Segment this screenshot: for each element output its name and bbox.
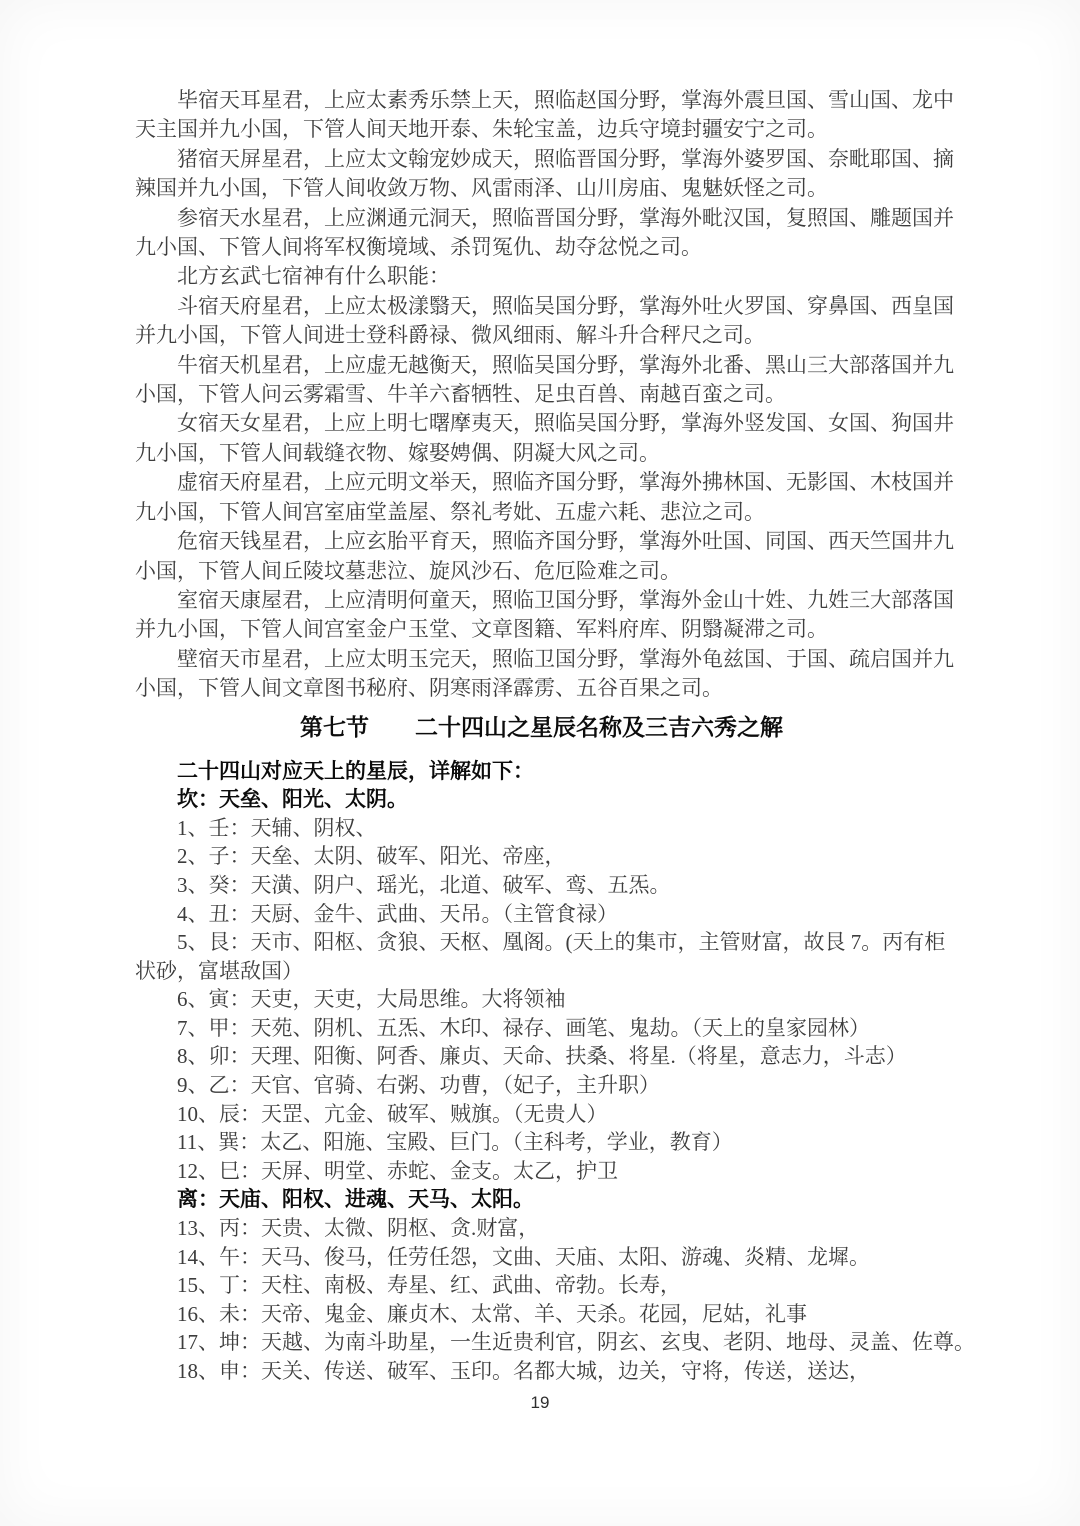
text-line: 小国，下管人间丘陵坟墓悲泣、旋风沙石、危厄险难之司。 <box>135 557 948 586</box>
document-page: 毕宿天耳星君，上应太素秀乐禁上天，照临赵国分野，掌海外震旦国、雪山国、龙中天主国… <box>0 0 1080 1526</box>
text-line: 16、未：天帝、鬼金、廉贞木、太常、羊、天杀。花园，尼姑，礼事 <box>135 1300 948 1329</box>
text-line: 3、癸：天潢、阴户、瑶光，北道、破军、鸾、五炁。 <box>135 871 948 900</box>
text-line: 九小国，下管人间宫室庙堂盖屋、祭礼考妣、五虚六耗、悲泣之司。 <box>135 498 948 527</box>
text-line: 11、巽：太乙、阳施、宝殿、巨门。（主科考，学业，教育） <box>135 1128 948 1157</box>
text-line: 虚宿天府星君，上应元明文举天，照临齐国分野，掌海外拂林国、无影国、木枝国并 <box>135 468 948 497</box>
text-line: 室宿天康屋君，上应清明何童天，照临卫国分野，掌海外金山十姓、九姓三大部落国 <box>135 586 948 615</box>
text-line: 坎：天垒、阳光、太阴。 <box>135 785 948 814</box>
text-line: 17、坤：天越、为南斗助星，一生近贵利官，阴玄、玄曳、老阴、地母、灵盖、佐尊。 <box>135 1328 948 1357</box>
text-line: 二十四山对应天上的星辰，详解如下： <box>135 757 948 786</box>
text-line: 九小国、下管人间将军权衡境域、杀罚冤仇、劫夺忿悦之司。 <box>135 233 948 262</box>
text-line: 离：天庙、阳权、进魂、天马、太阳。 <box>135 1185 948 1214</box>
text-line: 参宿天水星君，上应渊通元洞天，照临晋国分野，掌海外毗汉国，复照国、雕题国并 <box>135 204 948 233</box>
text-line: 8、卯：天理、阳衡、阿香、廉贞、天命、扶桑、将星.（将星，意志力，斗志） <box>135 1042 948 1071</box>
text-line: 13、丙：天贵、太微、阴枢、贪.财富， <box>135 1214 948 1243</box>
text-line: 4、丑：天厨、金牛、武曲、天吊。（主管食禄） <box>135 900 948 929</box>
text-line: 女宿天女星君，上应上明七曙摩夷天，照临吴国分野，掌海外竖发国、女国、狗国井 <box>135 409 948 438</box>
text-line: 天主国并九小国，下管人间天地开泰、朱轮宝盖，边兵守境封疆安宁之司。 <box>135 115 948 144</box>
text-line: 九小国，下管人间载缝衣物、嫁娶娉偶、阴凝大风之司。 <box>135 439 948 468</box>
section-heading: 第七节 二十四山之星辰名称及三吉六秀之解 <box>135 713 948 743</box>
page-number: 19 <box>0 1393 1080 1413</box>
text-line: 12、巳：天屏、明堂、赤蛇、金支。太乙，护卫 <box>135 1157 948 1186</box>
text-line: 辣国并九小国，下管人间收敛万物、风雷雨泽、山川房庙、鬼魅妖怪之司。 <box>135 174 948 203</box>
text-line: 15、丁：天柱、南极、寿星、红、武曲、帝勃。长寿， <box>135 1271 948 1300</box>
text-line: 危宿天钱星君，上应玄胎平育天，照临齐国分野，掌海外吐国、同国、西天竺国井九 <box>135 527 948 556</box>
text-line: 并九小国，下管人间宫室金户玉堂、文章图籍、军料府库、阴翳凝滞之司。 <box>135 615 948 644</box>
text-line: 1、壬：天辅、阴权、 <box>135 814 948 843</box>
text-line: 并九小国，下管人间进士登科爵禄、微风细雨、解斗升合秤尺之司。 <box>135 321 948 350</box>
text-line: 7、甲：天苑、阴机、五炁、木印、禄存、画笔、鬼劫。（天上的皇家园林） <box>135 1014 948 1043</box>
text-line: 壁宿天市星君，上应太明玉完天，照临卫国分野，掌海外龟兹国、于国、疏启国并九 <box>135 645 948 674</box>
text-line: 6、寅：天吏，天吏，大局思维。大将领袖 <box>135 985 948 1014</box>
text-line: 9、乙：天官、官骑、右粥、功曹，（妃子，主升职） <box>135 1071 948 1100</box>
text-line: 猪宿天屏星君，上应太文翰宠妙成天，照临晋国分野，掌海外婆罗国、奈毗耶国、摘 <box>135 145 948 174</box>
text-line: 毕宿天耳星君，上应太素秀乐禁上天，照临赵国分野，掌海外震旦国、雪山国、龙中 <box>135 86 948 115</box>
text-line: 10、辰：天罡、亢金、破军、贼旗。（无贵人） <box>135 1100 948 1129</box>
text-line: 状砂，富堪敌国） <box>135 957 948 986</box>
text-line: 18、申：天关、传送、破军、玉印。名都大城，边关，守将，传送，送达， <box>135 1357 948 1386</box>
document-body: 毕宿天耳星君，上应太素秀乐禁上天，照临赵国分野，掌海外震旦国、雪山国、龙中天主国… <box>135 86 948 1386</box>
text-line: 小国，下管人间文章图书秘府、阴寒雨泽霹雳、五谷百果之司。 <box>135 674 948 703</box>
text-line: 牛宿天机星君，上应虚无越衡天，照临吴国分野，掌海外北番、黑山三大部落国并九 <box>135 351 948 380</box>
text-line: 小国，下管人问云雾霜雪、牛羊六畜牺牲、足虫百兽、南越百蛮之司。 <box>135 380 948 409</box>
text-line: 5、艮：天市、阳枢、贪狼、天枢、凰阁。(天上的集市，主管财富，故艮 7。丙有柜 <box>135 928 948 957</box>
text-line: 斗宿天府星君，上应太极漾翳天，照临吴国分野，掌海外吐火罗国、穿鼻国、西皇国 <box>135 292 948 321</box>
text-line: 2、子：天垒、太阴、破军、阳光、帝座， <box>135 842 948 871</box>
text-line: 北方玄武七宿神有什么职能： <box>135 262 948 291</box>
text-line: 14、午：天马、俊马，任劳任怨，文曲、天庙、太阳、游魂、炎精、龙墀。 <box>135 1243 948 1272</box>
